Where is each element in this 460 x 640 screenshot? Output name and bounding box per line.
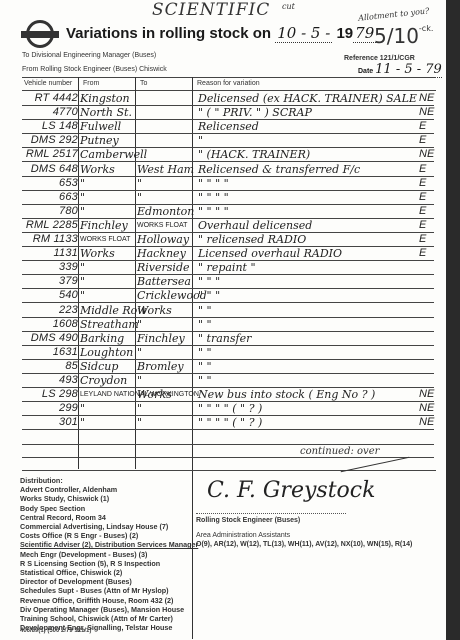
col-header-from: From [83,80,99,87]
from-garage: Works [80,247,136,260]
table-top-line [22,77,436,78]
from-garage: " [80,177,136,190]
from-garage: Sidcup [80,360,136,373]
distribution-item: R S Licensing Section (5), R S Inspectio… [20,559,198,568]
to-garage: " [137,402,194,415]
to-garage: Hackney [137,247,194,260]
variation-reason: " [198,134,418,147]
variation-reason: " " " " ( " ? ) [198,416,418,429]
status-code: NE [419,92,441,105]
table-row: RML 2517Camberwell" (HACK. TRAINER)NE [22,148,442,161]
table-row: 1631Loughton"" " [22,346,442,359]
vehicle-number: 1631 [22,346,78,359]
distribution-item: Revenue Office, Griffith House, Room 432… [20,596,198,605]
annotation-cut: cut [282,2,295,11]
status-code: NE [419,402,441,415]
to-garage: Works [137,388,194,401]
from-garage: " [80,275,136,288]
status-code: E [419,191,441,204]
to-garage: " [137,346,194,359]
distribution-item: Statistical Office, Chiswick (2) [20,568,198,577]
vehicle-number: 653 [22,177,78,190]
from-garage: " [80,261,136,274]
to-garage: West Ham [137,163,194,176]
from-garage: Putney [80,134,136,147]
page-title: Variations in rolling stock on 10 - 5 - … [66,24,376,42]
signature: C. F. Greystock [207,478,375,503]
title-prefix: Variations in rolling stock on [66,25,271,42]
row-underline [22,429,434,430]
distribution-item: Advert Controller, Aldenham [20,485,198,494]
to-garage: Battersea [137,275,194,288]
table-row: LS 298LEYLAND NATIONAL WORKINGTONWorksNe… [22,388,442,401]
variation-reason: Overhaul delicensed [198,219,418,232]
status-code: E [419,177,441,190]
signature-line [196,513,346,514]
vehicle-number: RM 1133 [22,233,78,246]
variation-reason: " repaint " [198,261,418,274]
distribution-item: Director of Development (Buses) [20,577,198,586]
variation-reason: " " [198,318,418,331]
distribution-item: Scientific Adviser (2), Distribution Ser… [20,540,198,549]
to-garage: " [137,191,194,204]
table-row: DMS 292Putney"E [22,134,442,147]
distribution-item: Mech Engr (Development - Buses) (3) [20,550,198,559]
variation-reason: Delicensed (ex HACK. TRAINER) SALE [198,92,418,105]
variation-reason: Relicensed & transferred F/c [198,163,418,176]
variation-reason: " " [198,346,418,359]
col-header-vehicle: Vehicle number [24,80,72,87]
variation-reason: " " " " [198,205,418,218]
table-row: 223Middle RowWorks" " [22,304,442,317]
vehicle-number: 1131 [22,247,78,260]
to-garage: " [137,374,194,387]
vehicle-number: RML 2285 [22,219,78,232]
status-code: NE [419,148,441,161]
vehicle-number: LS 298 [22,388,78,401]
vehicle-number: 85 [22,360,78,373]
distribution-item: Body Spec Section [20,504,198,513]
variation-reason: " (HACK. TRAINER) [198,148,418,161]
from-garage: " [80,191,136,204]
table-bottom-line [22,470,436,471]
status-code: E [419,247,441,260]
variation-reason: " " [198,304,418,317]
to-line: To Divisional Engineering Manager (Buses… [22,52,156,59]
document-date: Date 11 - 5 - 79 [358,62,442,77]
variation-reason: Licensed overhaul RADIO [198,247,418,260]
to-garage: Cricklewood [137,289,194,302]
table-row: 663""" " " "E [22,191,442,204]
status-code: E [419,233,441,246]
area-admin-heading: Area Administration Assistants [196,532,290,539]
vehicle-number: 4770 [22,106,78,119]
status-code: NE [419,388,441,401]
from-garage: Streatham [80,318,136,331]
vehicle-number: 540 [22,289,78,302]
vehicle-number: DMS 648 [22,163,78,176]
status-code: NE [419,106,441,119]
col-header-to: To [140,80,147,87]
distribution-item: Training School, Chiswick (Attn of Mr Ca… [20,614,198,623]
table-row: 540"Cricklewood" " " [22,289,442,302]
to-garage: Holloway [137,233,194,246]
variation-reason: " " " [198,289,418,302]
table-row: RM 1133WORKS FLOATHolloway" relicensed R… [22,233,442,246]
variation-reason: New bus into stock ( Eng No ? ) [198,388,418,401]
from-garage: Works [80,163,136,176]
from-garage: Camberwell [80,148,136,161]
from-garage: Kingston [80,92,136,105]
copy-mark-value: 5/10 [374,24,419,48]
table-row: 301""" " " " ( " ? )NE [22,416,442,429]
from-garage: Fulwell [80,120,136,133]
to-garage: Edmonton [137,205,194,218]
variation-reason: " ( " PRIV. " ) SCRAP [198,106,418,119]
from-garage: Loughton [80,346,136,359]
vehicle-number: RML 2517 [22,148,78,161]
from-garage: " [80,289,136,302]
title-year-prefix: 19 [336,25,353,42]
reference: Reference 121/1/CGR [344,55,415,62]
variation-reason: " " [198,360,418,373]
vehicle-number: 223 [22,304,78,317]
distribution-list: Distribution: Advert Controller, Aldenha… [20,476,198,632]
to-garage: Riverside [137,261,194,274]
variation-reason: Relicensed [198,120,418,133]
table-row: 1131WorksHackneyLicensed overhaul RADIOE [22,247,442,260]
from-garage: Croydon [80,374,136,387]
to-garage: WORKS FLOAT [137,219,194,232]
table-row: DMS 648WorksWest HamRelicensed & transfe… [22,163,442,176]
status-code: E [419,205,441,218]
from-garage: Finchley [80,219,136,232]
status-code: E [419,134,441,147]
vehicle-number: 780 [22,205,78,218]
blank-line-1 [22,444,434,445]
area-admin-codes: O(9), AR(12), W(12), TL(13), WH(11), AV(… [196,541,412,548]
copy-mark: 5/10-ck. [374,24,433,48]
table-row: 653""" " " "E [22,177,442,190]
vehicle-number: 379 [22,275,78,288]
col-header-reason: Reason for variation [197,80,260,87]
vehicle-number: DMS 490 [22,332,78,345]
to-garage: Bromley [137,360,194,373]
from-line: From Rolling Stock Engineer (Buses) Chis… [22,66,167,73]
distribution-item: Commercial Advertising, Lindsay House (7… [20,522,198,531]
continued-note: continued: over [300,446,379,457]
vehicle-number: 493 [22,374,78,387]
distribution-item: Schedules Supt - Buses (Attn of Mr Hyslo… [20,586,198,595]
table-row: DMS 490BarkingFinchley" transfer [22,332,442,345]
date-label: Date [358,68,373,75]
from-garage: LEYLAND NATIONAL WORKINGTON [80,388,136,401]
signatory-title: Rolling Stock Engineer (Buses) [196,517,300,524]
from-garage: Middle Row [80,304,136,317]
variation-reason: " " " " ( " ? ) [198,402,418,415]
distribution-item: Costs Office (R S Engr - Buses) (2) [20,531,198,540]
from-garage: " [80,416,136,429]
to-garage: Works [137,304,194,317]
variation-reason: " relicensed RADIO [198,233,418,246]
table-row: LS 148FulwellRelicensedE [22,120,442,133]
table-row: 299""" " " " ( " ? )NE [22,402,442,415]
vehicle-number: 663 [22,191,78,204]
status-code: NE [419,416,441,429]
distribution-heading: Distribution: [20,476,198,485]
vehicle-number: 1608 [22,318,78,331]
table-row: 493Croydon"" " [22,374,442,387]
table-row: RT 4442KingstonDelicensed (ex HACK. TRAI… [22,92,442,105]
distribution-item: Works Study, Chiswick (1) [20,494,198,503]
copy-mark-suffix: -ck. [419,24,433,33]
table-row: 339"Riverside" repaint " [22,261,442,274]
from-garage: WORKS FLOAT [80,233,136,246]
to-garage: Finchley [137,332,194,345]
title-year: 79 [353,24,376,43]
variation-reason: " " " [198,275,418,288]
document-page: SCIENTIFIC cut Allotment to you? 5/10-ck… [0,0,446,640]
variation-reason: " " " " [198,177,418,190]
table-row: 379"Battersea" " " [22,275,442,288]
from-garage: North St. [80,106,136,119]
variation-reason: " " " " [198,191,418,204]
from-garage: Barking [80,332,136,345]
table-row: 85SidcupBromley" " [22,360,442,373]
from-garage: " [80,205,136,218]
variation-reason: " transfer [198,332,418,345]
blank-line-2 [22,457,434,458]
from-garage: " [80,402,136,415]
table-row: 1608Streatham"" " [22,318,442,331]
form-code: 406/89(1) (500 2/79 121/1) [20,628,91,634]
table-row: 4770North St." ( " PRIV. " ) SCRAPNE [22,106,442,119]
annotation-allotment: Allotment to you? [358,6,430,22]
roundel-logo [26,20,54,48]
to-garage: " [137,177,194,190]
status-code: E [419,219,441,232]
table-row: RML 2285FinchleyWORKS FLOATOverhaul deli… [22,219,442,232]
vehicle-number: 339 [22,261,78,274]
scientific-scrawl: SCIENTIFIC [152,0,270,20]
distribution-item: Central Record, Room 34 [20,513,198,522]
to-garage: " [137,416,194,429]
date-value: 11 - 5 - 79 [375,62,442,78]
vehicle-number: 301 [22,416,78,429]
table-header-line [22,90,436,91]
vehicle-number: DMS 292 [22,134,78,147]
title-date: 10 - 5 - [275,24,332,43]
scan-edge [446,0,460,640]
status-code: E [419,163,441,176]
distribution-item: Div Operating Manager (Buses), Mansion H… [20,605,198,614]
variation-reason: " " [198,374,418,387]
status-code: E [419,120,441,133]
vehicle-number: 299 [22,402,78,415]
table-row: 780"Edmonton" " " "E [22,205,442,218]
vehicle-number: RT 4442 [22,92,78,105]
to-garage: " [137,318,194,331]
vehicle-number: LS 148 [22,120,78,133]
